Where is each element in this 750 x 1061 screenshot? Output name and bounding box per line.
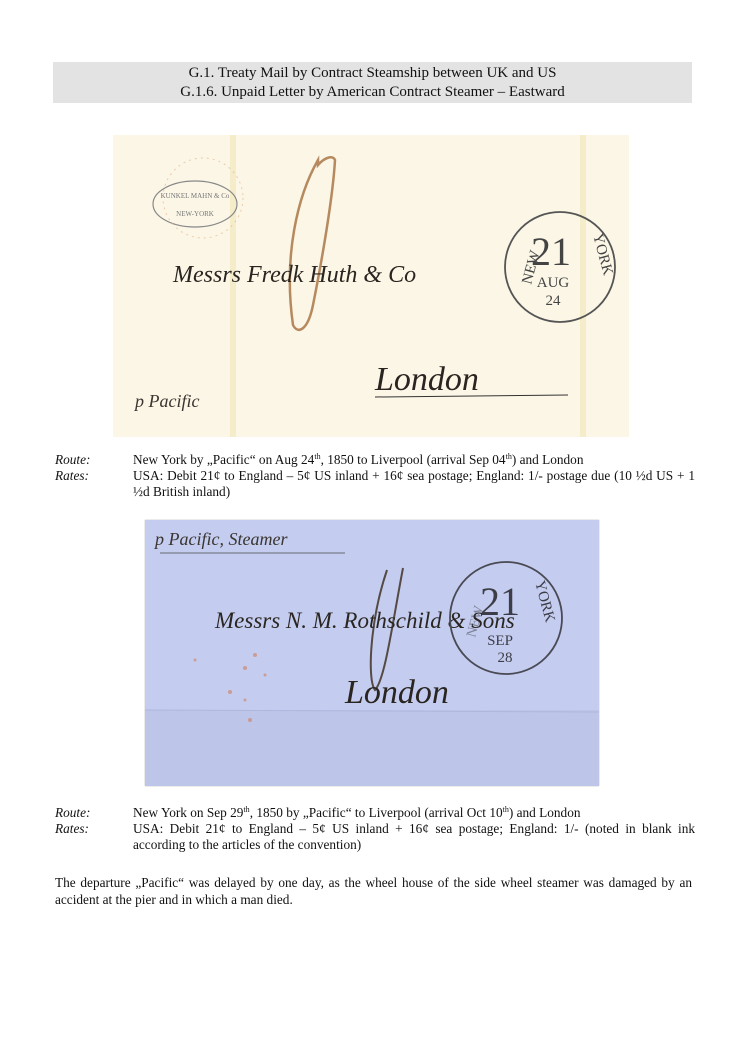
rates-label: Rates: xyxy=(55,821,133,853)
folded-letter-aug-1850: KUNKEL MAHN & Co NEW-YORK Messrs Fredk H… xyxy=(113,135,629,437)
svg-text:Messrs Fredk Huth & Co: Messrs Fredk Huth & Co xyxy=(172,262,416,288)
svg-text:KUNKEL MAHN & Co: KUNKEL MAHN & Co xyxy=(161,192,230,200)
svg-text:24: 24 xyxy=(546,293,562,309)
rates-text: USA: Debit 21¢ to England – 5¢ US inland… xyxy=(133,821,695,853)
svg-text:p Pacific, Steamer: p Pacific, Steamer xyxy=(153,529,288,549)
svg-text:21: 21 xyxy=(480,579,520,624)
svg-text:28: 28 xyxy=(498,650,513,666)
cover-image-1: KUNKEL MAHN & Co NEW-YORK Messrs Fredk H… xyxy=(113,135,629,437)
route-label: Route: xyxy=(55,452,133,468)
cover-1-caption: Route: New York by „Pacific“ on Aug 24th… xyxy=(55,452,695,500)
cover-image-2: p Pacific, Steamer Messrs N. M. Rothschi… xyxy=(145,520,599,786)
subsection-title: G.1.6. Unpaid Letter by American Contrac… xyxy=(53,83,692,102)
svg-text:p Pacific: p Pacific xyxy=(133,391,199,411)
cover-2-caption: Route: New York on Sep 29th, 1850 by „Pa… xyxy=(55,805,695,853)
rates-text: USA: Debit 21¢ to England – 5¢ US inland… xyxy=(133,468,695,500)
svg-text:London: London xyxy=(374,361,479,398)
route-text: New York by „Pacific“ on Aug 24th, 1850 … xyxy=(133,452,695,468)
section-title: G.1. Treaty Mail by Contract Steamship b… xyxy=(53,64,692,83)
svg-text:SEP: SEP xyxy=(487,633,513,649)
folded-letter-sep-1850: p Pacific, Steamer Messrs N. M. Rothschi… xyxy=(145,520,599,786)
page-header: G.1. Treaty Mail by Contract Steamship b… xyxy=(53,62,692,103)
svg-text:NEW-YORK: NEW-YORK xyxy=(176,210,214,218)
route-label: Route: xyxy=(55,805,133,821)
rates-label: Rates: xyxy=(55,468,133,500)
svg-text:London: London xyxy=(344,674,449,711)
svg-text:AUG: AUG xyxy=(537,275,570,291)
historical-note: The departure „Pacific“ was delayed by o… xyxy=(55,874,692,908)
route-text: New York on Sep 29th, 1850 by „Pacific“ … xyxy=(133,805,695,821)
